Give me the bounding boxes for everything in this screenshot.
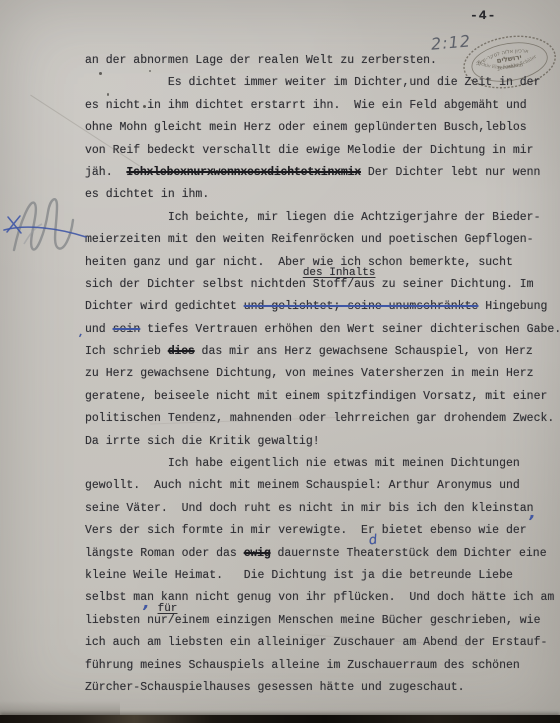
- typewritten-line: kleine Weile Heimat. Die Dichtung ist ja…: [85, 565, 547, 587]
- typewritten-line: es dichtet in ihm.: [85, 184, 547, 206]
- paper-speck: [149, 70, 151, 72]
- struck-text: sein: [113, 323, 141, 336]
- typewritten-line: Da irrte sich die Kritik gewaltig!: [85, 431, 547, 453]
- typed-text-segment: ohne Mohn gleicht mein Herz oder einem g…: [85, 121, 527, 134]
- typed-text: des Inhalts für d , , ∕ ʹ an der abnorme…: [85, 50, 547, 699]
- typed-text-segment: Zürcher-Schauspielhauses gesessen hätte …: [85, 681, 465, 694]
- typed-text-segment: zu Herz gewachsene Dichtung, von meines …: [85, 367, 534, 380]
- paper-speck: [99, 72, 102, 75]
- manuscript-page: -4- 2:12 ארכיון אלזה לסקר-שילר ירושלים J…: [0, 0, 560, 723]
- typed-text-segment: Ich schrieb: [85, 345, 168, 358]
- paper-speck: [107, 93, 109, 96]
- typed-text-segment: meierzeiten mit den weiten Reifenröcken …: [85, 233, 534, 246]
- typewritten-line: selbst man kann nicht genug von ihr pflü…: [85, 587, 547, 609]
- typed-text-segment: das mir ans Herz gewachsene Schauspiel, …: [195, 345, 533, 358]
- typewritten-line: meierzeiten mit den weiten Reifenröcken …: [85, 229, 547, 251]
- typed-text-segment: an der abnormen Lage der realen Welt zu …: [85, 54, 437, 67]
- typed-text-segment: von Reif bedeckt verschallt die ewige Me…: [85, 144, 534, 157]
- typed-text-segment: Vers der sich formte in mir verewigte. E…: [85, 524, 527, 537]
- typed-text-segment: gewollt. Auch nicht mit meinem Schauspie…: [85, 479, 520, 492]
- typed-text-segment: Hingebung: [478, 300, 547, 313]
- typed-text-segment: es dichtet in ihm.: [85, 188, 209, 201]
- handwritten-caret-mark: ʹ: [74, 330, 83, 353]
- typewritten-line: Dichter wird gedichtet und gelichtet; se…: [85, 296, 547, 318]
- scan-edge: [0, 715, 560, 723]
- struck-text: Ichxlebexnurxwennxesxdichtetxinxmix: [126, 166, 361, 179]
- typed-text-segment: und: [85, 323, 113, 336]
- typewritten-line: ich auch am liebsten ein alleiniger Zusc…: [85, 632, 547, 654]
- typed-text-segment: tiefes Vertrauen erhöhen den Wert seiner…: [140, 323, 560, 336]
- typed-text-segment: kleine Weile Heimat. Die Dichtung ist ja…: [85, 569, 513, 582]
- typed-text-segment: Da irrte sich die Kritik gewaltig!: [85, 435, 320, 448]
- handwritten-comma-after-selbst: ,: [143, 592, 149, 614]
- typed-text-segment: Es dichtet immer weiter im Dichter,und d…: [168, 76, 541, 89]
- typed-text-segment: heiten ganz und gar nicht. Aber wie ich …: [85, 256, 513, 269]
- typed-text-segment: geratene, beiseele nicht mit einem spitz…: [85, 390, 547, 403]
- typewritten-line: Es dichtet immer weiter im Dichter,und d…: [85, 72, 547, 94]
- struck-text: und gelichtet; seine unumschränkte: [244, 300, 479, 313]
- typed-text-segment: jäh.: [85, 166, 126, 179]
- typewritten-line: es nicht in ihm dichtet erstarrt ihn. Wi…: [85, 95, 547, 117]
- typewritten-line: zu Herz gewachsene Dichtung, von meines …: [85, 363, 547, 385]
- typed-text-segment: dauernste Theaterstück dem Dichter eine: [271, 547, 547, 560]
- typewritten-line: von Reif bedeckt verschallt die ewige Me…: [85, 140, 547, 162]
- paper-speck: [143, 105, 146, 108]
- typewritten-line: jäh. Ichxlebexnurxwennxesxdichtetxinxmix…: [85, 162, 547, 184]
- typewritten-line: längste Roman oder das ewig dauernste Th…: [85, 543, 547, 565]
- struck-text: dies: [168, 345, 195, 358]
- typed-text-segment: politischen Tendenz, mahnenden oder lehr…: [85, 412, 554, 425]
- typewritten-line: an der abnormen Lage der realen Welt zu …: [85, 50, 547, 72]
- typewritten-line: liebsten nur/einem einzigen Menschen mei…: [85, 610, 547, 632]
- typed-text-segment: selbst man kann nicht genug von ihr pflü…: [85, 591, 554, 604]
- typewritten-line: führung meines Schauspiels alleine im Zu…: [85, 655, 547, 677]
- scan-shadow: [0, 701, 120, 715]
- typed-text-segment: es nicht in ihm dichtet erstarrt ihn. Wi…: [85, 99, 527, 112]
- typewritten-line: Ich habe eigentlich nie etwas mit meinen…: [85, 453, 547, 475]
- typed-text-segment: seine Väter. Und doch ruht es nicht in m…: [85, 502, 534, 515]
- typewritten-line: Ich schrieb dies das mir ans Herz gewach…: [85, 341, 547, 363]
- interline-insertion-des-inhalts: des Inhalts: [303, 262, 376, 284]
- typewritten-line: Ich beichte, mir liegen die Achtzigerjah…: [85, 207, 547, 229]
- typed-text-segment: Ich habe eigentlich nie etwas mit meinen…: [168, 457, 520, 470]
- typewritten-line: Vers der sich formte in mir verewigte. E…: [85, 520, 547, 542]
- typewritten-line: politischen Tendenz, mahnenden oder lehr…: [85, 408, 547, 430]
- handwritten-comma-after-mir: ,: [530, 502, 536, 524]
- struck-text: ewig: [244, 547, 271, 560]
- typed-text-segment: ich auch am liebsten ein alleiniger Zusc…: [85, 636, 547, 649]
- typewritten-line: und sein tiefes Vertrauen erhöhen den We…: [85, 319, 547, 341]
- typed-text-segment: führung meines Schauspiels alleine im Zu…: [85, 659, 520, 672]
- typewritten-line: Zürcher-Schauspielhauses gesessen hätte …: [85, 677, 547, 699]
- typewritten-line: seine Väter. Und doch ruht es nicht in m…: [85, 498, 547, 520]
- typed-text-segment: Ich beichte, mir liegen die Achtzigerjah…: [168, 211, 541, 224]
- typed-text-segment: Der Dichter lebt nur wenn: [361, 166, 540, 179]
- typewritten-line: gewollt. Auch nicht mit meinem Schauspie…: [85, 475, 547, 497]
- typed-text-segment: Dichter wird gedichtet: [85, 300, 244, 313]
- typewritten-line: geratene, beiseele nicht mit einem spitz…: [85, 386, 547, 408]
- page-number: -4-: [470, 8, 496, 23]
- typed-text-segment: längste Roman oder das: [85, 547, 244, 560]
- handwritten-scribble-icon: [0, 190, 95, 267]
- typed-text-segment: liebsten nur/einem einzigen Menschen mei…: [85, 614, 540, 627]
- typewritten-line: ohne Mohn gleicht mein Herz oder einem g…: [85, 117, 547, 139]
- interline-insertion-fuer: für: [158, 598, 178, 620]
